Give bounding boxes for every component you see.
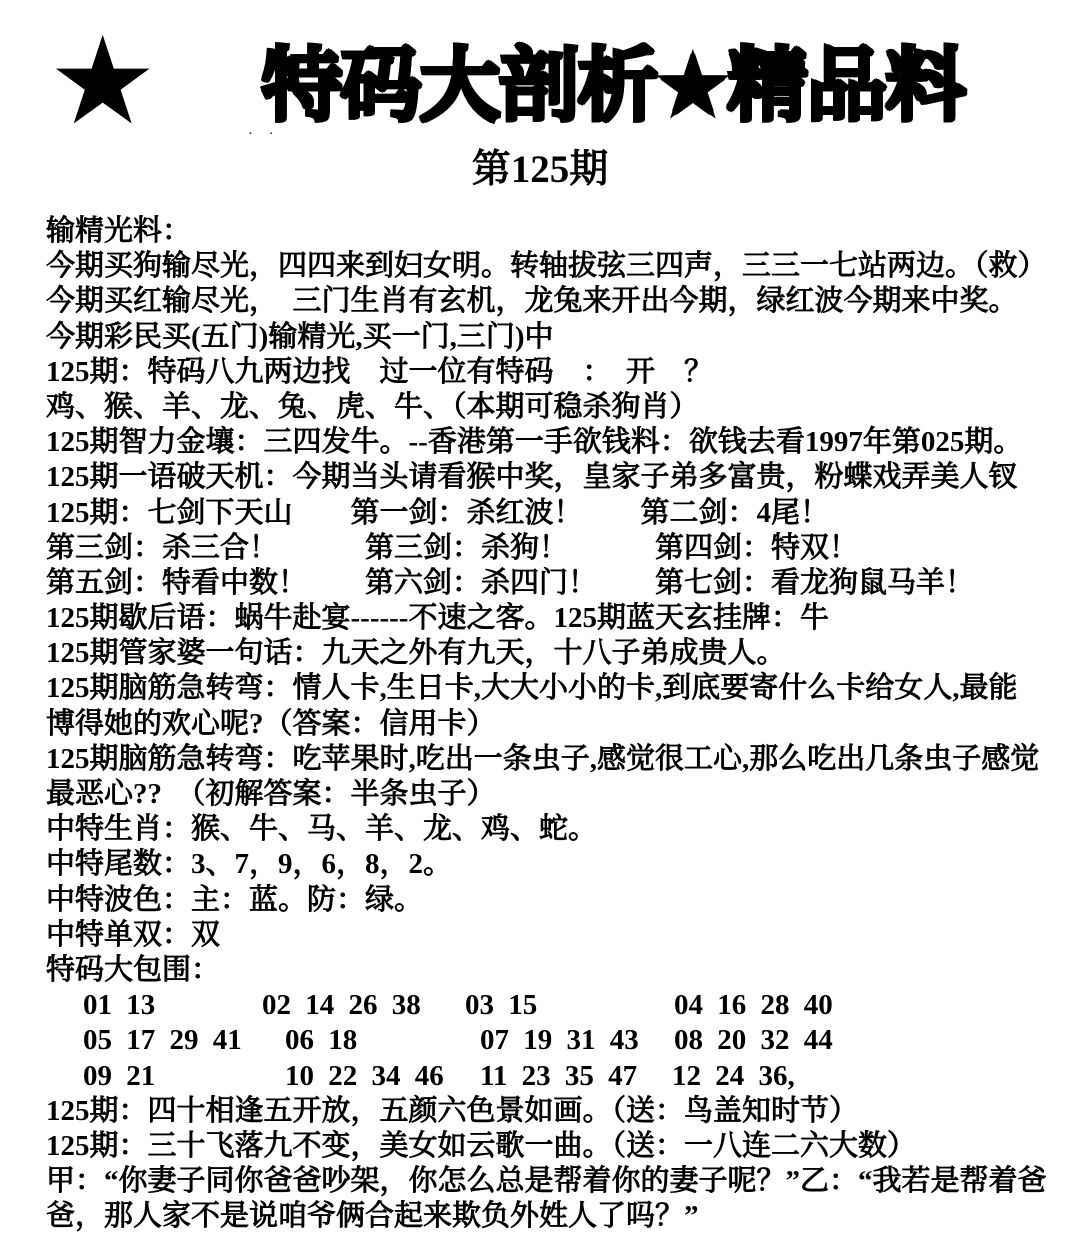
content-body: 输精光料： 今期买狗输尽光，四四来到妇女明。转轴拔弦三四声，三三一七站两边。（救… [46,214,1080,1234]
number-grid-cell: 02 14 26 38 [262,988,421,1023]
zhongte-odd-even-line: 中特单双：双 [46,918,1080,953]
number-grid-cell: 08 20 32 44 [674,1023,833,1058]
zhongte-zodiac-line: 中特生肖：猴、牛、马、羊、龙、鸡、蛇。 [46,812,1080,847]
number-grid-cell: 05 17 29 41 [83,1023,242,1058]
scan-artifact-dots: · · [248,126,280,143]
number-grid-cell: 11 23 35 47 [480,1059,637,1094]
star-icon: ★ [48,20,157,142]
page-title: 特码大剖析★精品料 [262,40,965,132]
xiehouyu-line: 125期歇后语：蜗牛赴宴------不速之客。125期蓝天玄挂牌：牛 [46,601,1080,636]
number-grid-cell: 03 15 [465,988,537,1023]
zodiac-kill-line: 鸡、猴、羊、龙、兔、虎、牛、（本期可稳杀狗肖） [46,390,1080,425]
guanjiapo-line: 125期管家婆一句话：九天之外有九天，十八子弟成贵人。 [46,636,1080,671]
joke-line-2: 爸，那人家不是说咱爷俩合起来欺负外姓人了吗？” [46,1199,1080,1234]
brain-teaser-2-line-2: 最恶心?? （初解答案：半条虫子） [46,777,1080,812]
brain-teaser-1-line-2: 博得她的欢心呢?（答案：信用卡） [46,707,1080,742]
issue-number-heading: 第125期 [0,147,1080,194]
seven-swords-line-1: 125期：七剑下天山 第一剑：杀红波！ 第二剑：4尾！ [46,496,1080,531]
seven-swords-line-3: 第五剑：特看中数！ 第六剑：杀四门！ 第七剑：看龙狗鼠马羊！ [46,566,1080,601]
wisdom-gold-line: 125期智力金壤：三四发牛。--香港第一手欲钱料：欲钱去看1997年第025期。 [46,425,1080,460]
seven-swords-line-2: 第三剑：杀三合！ 第三剑：杀狗！ 第四剑：特双！ [46,531,1080,566]
losing-tip-line-1: 今期买狗输尽光，四四来到妇女明。转轴拔弦三四声，三三一七站两边。（救） [46,249,1080,284]
secret-phrase-line: 125期一语破天机：今期当头请看猴中奖，皇家子弟多富贵，粉蝶戏弄美人钗 [46,460,1080,495]
number-grid-cell: 01 13 [83,988,155,1023]
number-grid-cell: 10 22 34 46 [285,1059,444,1094]
zhongte-wave-color-line: 中特波色：主：蓝。防：绿。 [46,883,1080,918]
verse-line-2: 125期：三十飞落九不变，美女如云歌一曲。（送：一八连二六大数） [46,1129,1080,1164]
joke-line-1: 甲：“你妻子同你爸爸吵架，你怎么总是帮着你的妻子呢？”乙：“我若是帮着爸 [46,1164,1080,1199]
special-code-hint-line: 125期：特码八九两边找 过一位有特码 ： 开 ？ [46,355,1080,390]
number-grid-cell: 06 18 [285,1023,357,1058]
number-grid-cell: 04 16 28 40 [674,988,833,1023]
zhongte-tail-numbers-line: 中特尾数：3、7，9，6，8，2。 [46,847,1080,882]
section-label-number-coverage: 特码大包围： [46,953,1080,988]
number-grid-row: 05 17 29 41 06 18 07 19 31 43 08 20 32 4… [46,1023,1080,1058]
number-grid-cell: 12 24 36, [672,1059,795,1094]
losing-tip-line-2: 今期买红输尽光， 三门生肖有玄机，龙兔来开出今期，绿红波今期来中奖。 [46,284,1080,319]
section-label-losing-tips: 输精光料： [46,214,1080,249]
losing-tip-line-3: 今期彩民买(五门)输精光,买一门,三门)中 [46,320,1080,355]
number-grid-row: 01 13 02 14 26 38 03 15 04 16 28 40 [46,988,1080,1023]
lottery-tip-sheet-page: ★ 特码大剖析★精品料 · · 第125期 输精光料： 今期买狗输尽光，四四来到… [0,0,1080,1258]
number-grid-cell: 09 21 [83,1059,155,1094]
brain-teaser-2-line-1: 125期脑筋急转弯：吃苹果时,吃出一条虫子,感觉很工心,那么吃出几条虫子感觉 [46,742,1080,777]
brain-teaser-1-line-1: 125期脑筋急转弯：情人卡,生日卡,大大小小的卡,到底要寄什么卡给女人,最能 [46,671,1080,706]
number-grid: 01 13 02 14 26 38 03 15 04 16 28 40 05 1… [46,988,1080,1094]
verse-line-1: 125期：四十相逢五开放，五颜六色景如画。（送：鸟盖知时节） [46,1094,1080,1129]
number-grid-cell: 07 19 31 43 [480,1023,639,1058]
number-grid-row: 09 21 10 22 34 46 11 23 35 47 12 24 36, [46,1059,1080,1094]
